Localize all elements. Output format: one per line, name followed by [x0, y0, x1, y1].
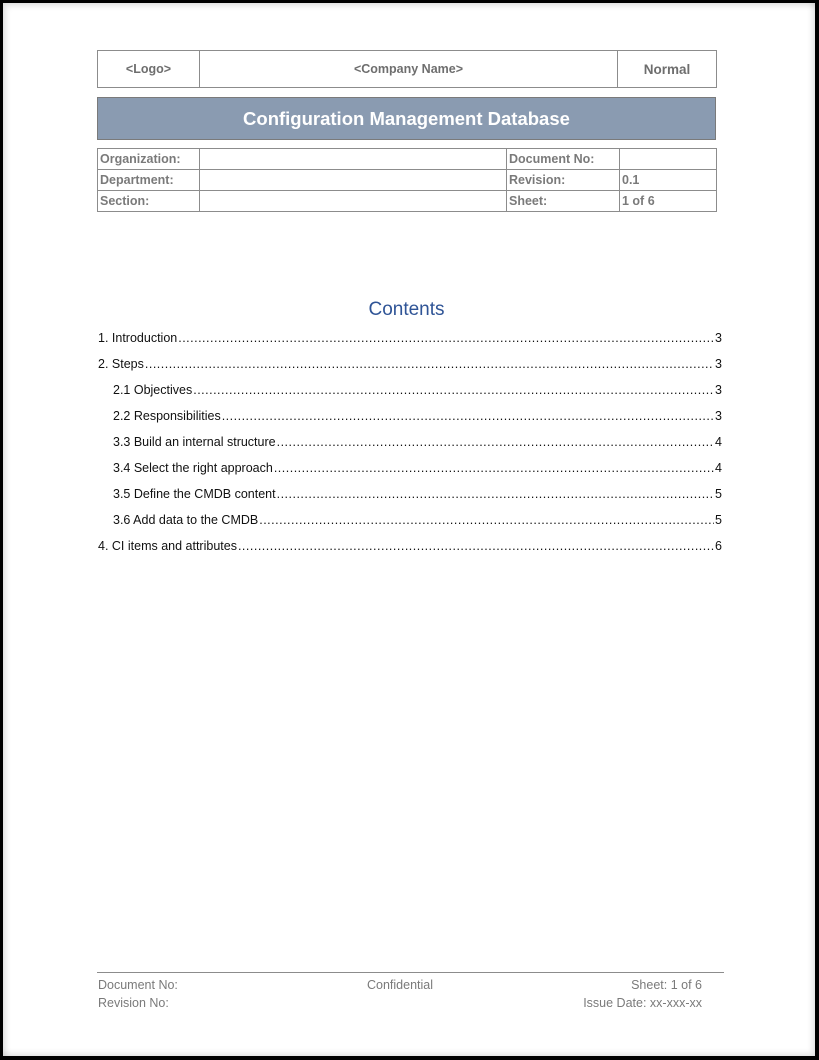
meta-label: Document No: — [507, 149, 620, 170]
toc-entry[interactable]: 3.4 Select the right approach4 — [98, 455, 722, 481]
meta-value: 0.1 — [620, 170, 717, 191]
toc-entry-text: 2.1 Objectives — [113, 377, 192, 403]
company-name: <Company Name> — [200, 51, 618, 88]
toc-entry-page: 4 — [715, 429, 722, 455]
toc-leader-dots — [277, 481, 714, 507]
document-page: <Logo> <Company Name> Normal Configurati… — [3, 3, 815, 1056]
toc-entry[interactable]: 3.5 Define the CMDB content5 — [98, 481, 722, 507]
toc-entry-page: 3 — [715, 351, 722, 377]
toc-entry-page: 5 — [715, 481, 722, 507]
footer-sheet: Sheet: 1 of 6 — [501, 976, 702, 994]
toc-leader-dots — [274, 455, 714, 481]
toc-entry-page: 6 — [715, 533, 722, 559]
footer-confidential: Confidential — [299, 976, 500, 994]
header-table: <Logo> <Company Name> Normal — [97, 50, 717, 88]
meta-label: Sheet: — [507, 191, 620, 212]
toc-leader-dots — [222, 403, 714, 429]
toc-entry[interactable]: 3.6 Add data to the CMDB5 — [98, 507, 722, 533]
toc-entry[interactable]: 3.3 Build an internal structure4 — [98, 429, 722, 455]
info-value — [200, 149, 507, 170]
table-of-contents: 1. Introduction32. Steps32.1 Objectives3… — [98, 325, 722, 559]
toc-leader-dots — [193, 377, 714, 403]
page-footer: Document No: Confidential Sheet: 1 of 6 … — [98, 976, 702, 1012]
toc-entry-text: 3.6 Add data to the CMDB — [113, 507, 258, 533]
toc-leader-dots — [259, 507, 714, 533]
footer-issue-date: Issue Date: xx-xxx-xx — [501, 994, 702, 1012]
toc-leader-dots — [277, 429, 714, 455]
toc-leader-dots — [178, 325, 714, 351]
toc-entry-page: 4 — [715, 455, 722, 481]
info-value — [200, 170, 507, 191]
toc-entry-page: 5 — [715, 507, 722, 533]
info-value — [200, 191, 507, 212]
info-row: Organization:Document No: — [98, 149, 717, 170]
info-label: Organization: — [98, 149, 200, 170]
document-title-bar: Configuration Management Database — [97, 97, 716, 140]
toc-entry-page: 3 — [715, 377, 722, 403]
info-row: Department:Revision:0.1 — [98, 170, 717, 191]
footer-document-no: Document No: — [98, 976, 299, 994]
toc-entry-page: 3 — [715, 403, 722, 429]
info-label: Section: — [98, 191, 200, 212]
toc-entry-text: 3.3 Build an internal structure — [113, 429, 276, 455]
toc-entry-page: 3 — [715, 325, 722, 351]
footer-revision-no: Revision No: — [98, 994, 299, 1012]
toc-title: Contents — [97, 299, 716, 321]
document-status: Normal — [618, 51, 717, 88]
toc-leader-dots — [238, 533, 714, 559]
toc-entry[interactable]: 2. Steps3 — [98, 351, 722, 377]
toc-leader-dots — [145, 351, 714, 377]
footer-divider — [97, 972, 724, 973]
meta-value — [620, 149, 717, 170]
logo-placeholder: <Logo> — [98, 51, 200, 88]
toc-entry[interactable]: 2.1 Objectives3 — [98, 377, 722, 403]
toc-entry-text: 2.2 Responsibilities — [113, 403, 221, 429]
toc-entry-text: 3.4 Select the right approach — [113, 455, 273, 481]
meta-value: 1 of 6 — [620, 191, 717, 212]
toc-entry-text: 1. Introduction — [98, 325, 177, 351]
toc-entry[interactable]: 2.2 Responsibilities3 — [98, 403, 722, 429]
document-info-table: Organization:Document No:Department:Revi… — [97, 148, 717, 212]
toc-entry-text: 4. CI items and attributes — [98, 533, 237, 559]
toc-entry-text: 3.5 Define the CMDB content — [113, 481, 276, 507]
document-title: Configuration Management Database — [243, 108, 570, 130]
info-row: Section:Sheet:1 of 6 — [98, 191, 717, 212]
info-label: Department: — [98, 170, 200, 191]
meta-label: Revision: — [507, 170, 620, 191]
toc-entry[interactable]: 4. CI items and attributes6 — [98, 533, 722, 559]
toc-entry-text: 2. Steps — [98, 351, 144, 377]
toc-entry[interactable]: 1. Introduction3 — [98, 325, 722, 351]
